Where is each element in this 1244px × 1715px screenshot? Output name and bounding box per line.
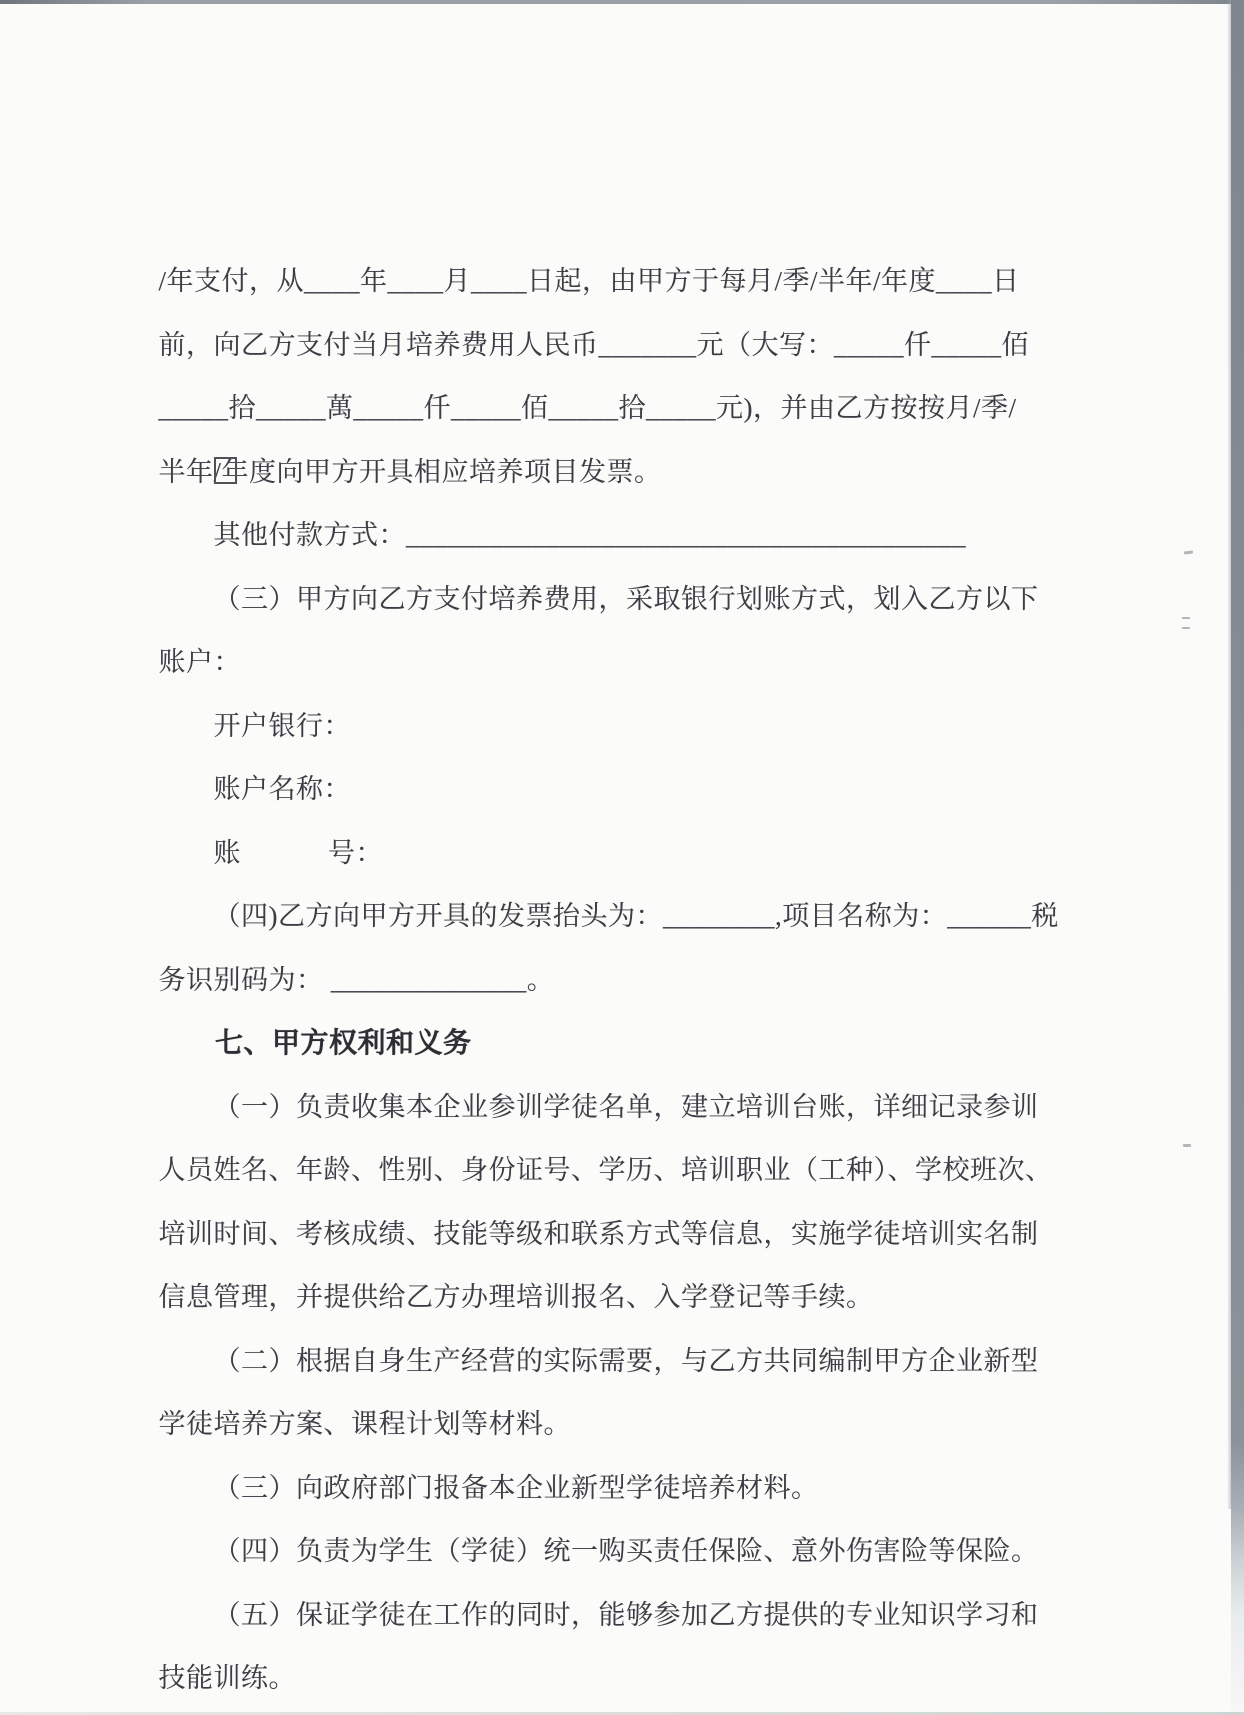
- line-text: 信息管理，并提供给乙方办理培训报名、入学登记等手续。: [159, 1282, 874, 1312]
- line-text: 其他付款方式：_________________________________…: [214, 520, 967, 550]
- scan-edge-top: [0, 0, 1244, 4]
- line-text: 开户银行：: [214, 711, 352, 741]
- line-text: （三）向政府部门报备本企业新型学徒培养材料。: [214, 1473, 819, 1503]
- line-text: /年支付，从____年____月____日起，由甲方于每月/季/半年/年度___…: [159, 266, 1020, 296]
- line-text: （二）根据自身生产经营的实际需要，与乙方共同编制甲方企业新型: [214, 1346, 1039, 1376]
- line-text: 学徒培养方案、课程计划等材料。: [159, 1409, 572, 1439]
- line-text: 人员姓名、年龄、性别、身份证号、学历、培训职业（工种）、学校班次、: [159, 1155, 1053, 1185]
- scan-speck: [1183, 1144, 1191, 1147]
- line-text: （三）甲方向乙方支付培养费用，采取银行划账方式，划入乙方以下: [214, 584, 1039, 614]
- line-text: （四）负责为学生（学徒）统一购买责任保险、意外伤害险等保险。: [214, 1536, 1039, 1566]
- line-text: 七、甲方权利和义务: [215, 1028, 472, 1059]
- line-text: 培训时间、考核成绩、技能等级和联系方式等信息，实施学徒培训实名制: [159, 1219, 1039, 1249]
- scan-speck: [1184, 551, 1193, 555]
- document-lines: /年支付，从____年____月____日起，由甲方于每月/季/半年/年度___…: [115, 123, 1050, 1584]
- line-text: 务识别码为： ______________。: [159, 965, 555, 995]
- line-text: 前，向乙方支付当月培养费用人民币_______元（大写：_____仟_____佰: [159, 330, 1030, 360]
- scan-speck: [1182, 617, 1190, 629]
- line-account-name: 账户名称：: [115, 631, 1050, 695]
- line-text: _____拾_____萬_____仟_____佰_____拾_____元)，并由…: [159, 393, 1017, 423]
- line-text: 账 号：: [214, 838, 384, 868]
- line-text: 技能训练。: [159, 1663, 297, 1693]
- line-text: （四)乙方向甲方开具的发票抬头为：________,项目名称为：______税: [214, 901, 1059, 931]
- checkbox-icon: [214, 457, 237, 484]
- scan-edge-right: [1231, 0, 1244, 1715]
- scanned-contract-page: /年支付，从____年____月____日起，由甲方于每月/季/半年/年度___…: [0, 0, 1244, 1715]
- line-text: 账户名称：: [214, 774, 352, 804]
- line-payment-amount: 前，向乙方支付当月培养费用人民币_______元（大写：_____仟_____佰: [115, 187, 1050, 251]
- line-text: （一）负责收集本企业参训学徒名单，建立培训台账，详细记录参训: [214, 1092, 1039, 1122]
- line-text: （五）保证学徒在工作的同时，能够参加乙方提供的专业知识学习和: [214, 1600, 1039, 1630]
- line-payment-cycle: /年支付，从____年____月____日起，由甲方于每月/季/半年/年度___…: [115, 123, 1050, 187]
